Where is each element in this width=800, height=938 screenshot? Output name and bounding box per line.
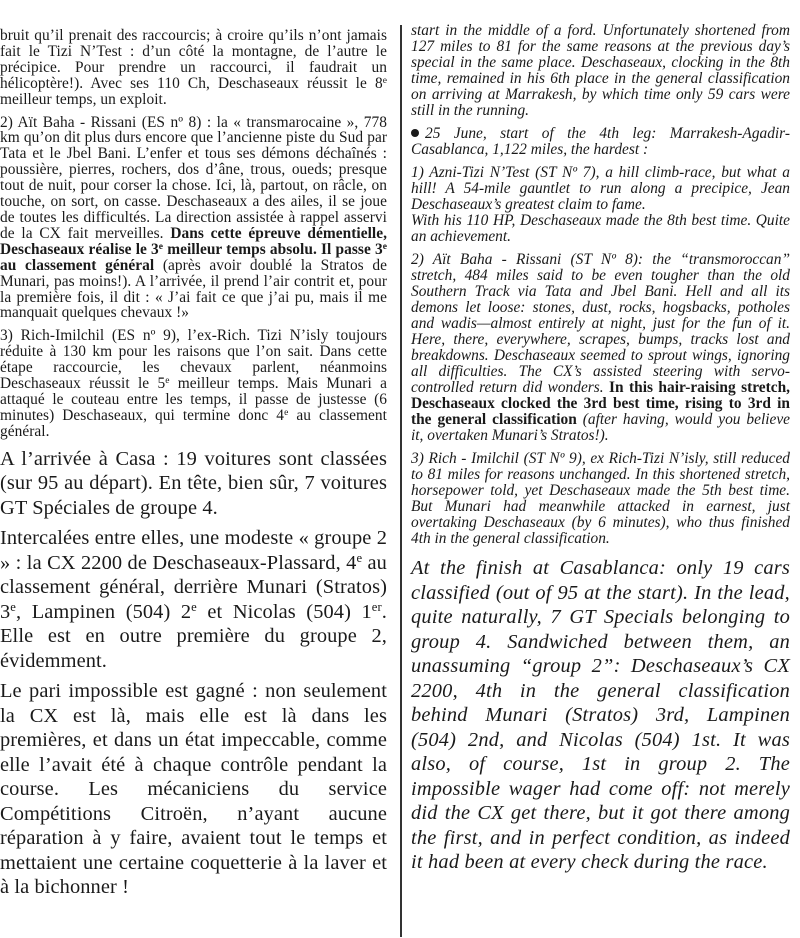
en-paragraph-rich-imilchil: 3) Rich - Imilchil (ST Nº 9), ex Rich-Ti…	[411, 451, 790, 547]
fr-paragraph-pari-impossible: Le pari impossible est gagné : non seule…	[0, 679, 387, 900]
en-paragraph-ait-baha-rissani: 2) Aït Baha - Rissani (ST Nº 8): the “tr…	[411, 252, 790, 444]
column-divider	[400, 25, 402, 937]
en-paragraph-4th-leg: 25 June, start of the 4th leg: Marrakesh…	[411, 126, 790, 158]
en-paragraph-azni-tizi: 1) Azni-Tizi N’Test (ST Nº 7), a hill cl…	[411, 165, 790, 245]
fr-paragraph-tizi-ntest-end: bruit qu’il prenait des raccourcis; à cr…	[0, 28, 387, 108]
en-paragraph-finish-casablanca: At the finish at Casablanca: only 19 car…	[411, 556, 790, 875]
en-paragraph-ford: start in the middle of a ford. Unfortuna…	[411, 23, 790, 119]
french-column: bruit qu’il prenait des raccourcis; à cr…	[0, 0, 387, 906]
bullet-icon	[411, 129, 419, 137]
fr-paragraph-arrivee-casa: A l’arrivée à Casa : 19 voitures sont cl…	[0, 447, 387, 521]
fr-paragraph-groupe-2: Intercalées entre elles, une modeste « g…	[0, 526, 387, 673]
fr-paragraph-ait-baha-rissani: 2) Aït Baha - Rissani (ES nº 8) : la « t…	[0, 115, 387, 322]
fr-paragraph-rich-imilchil: 3) Rich-Imilchil (ES nº 9), l’ex-Rich. T…	[0, 328, 387, 439]
english-column: start in the middle of a ford. Unfortuna…	[411, 0, 790, 875]
document-page: bruit qu’il prenait des raccourcis; à cr…	[0, 0, 800, 938]
